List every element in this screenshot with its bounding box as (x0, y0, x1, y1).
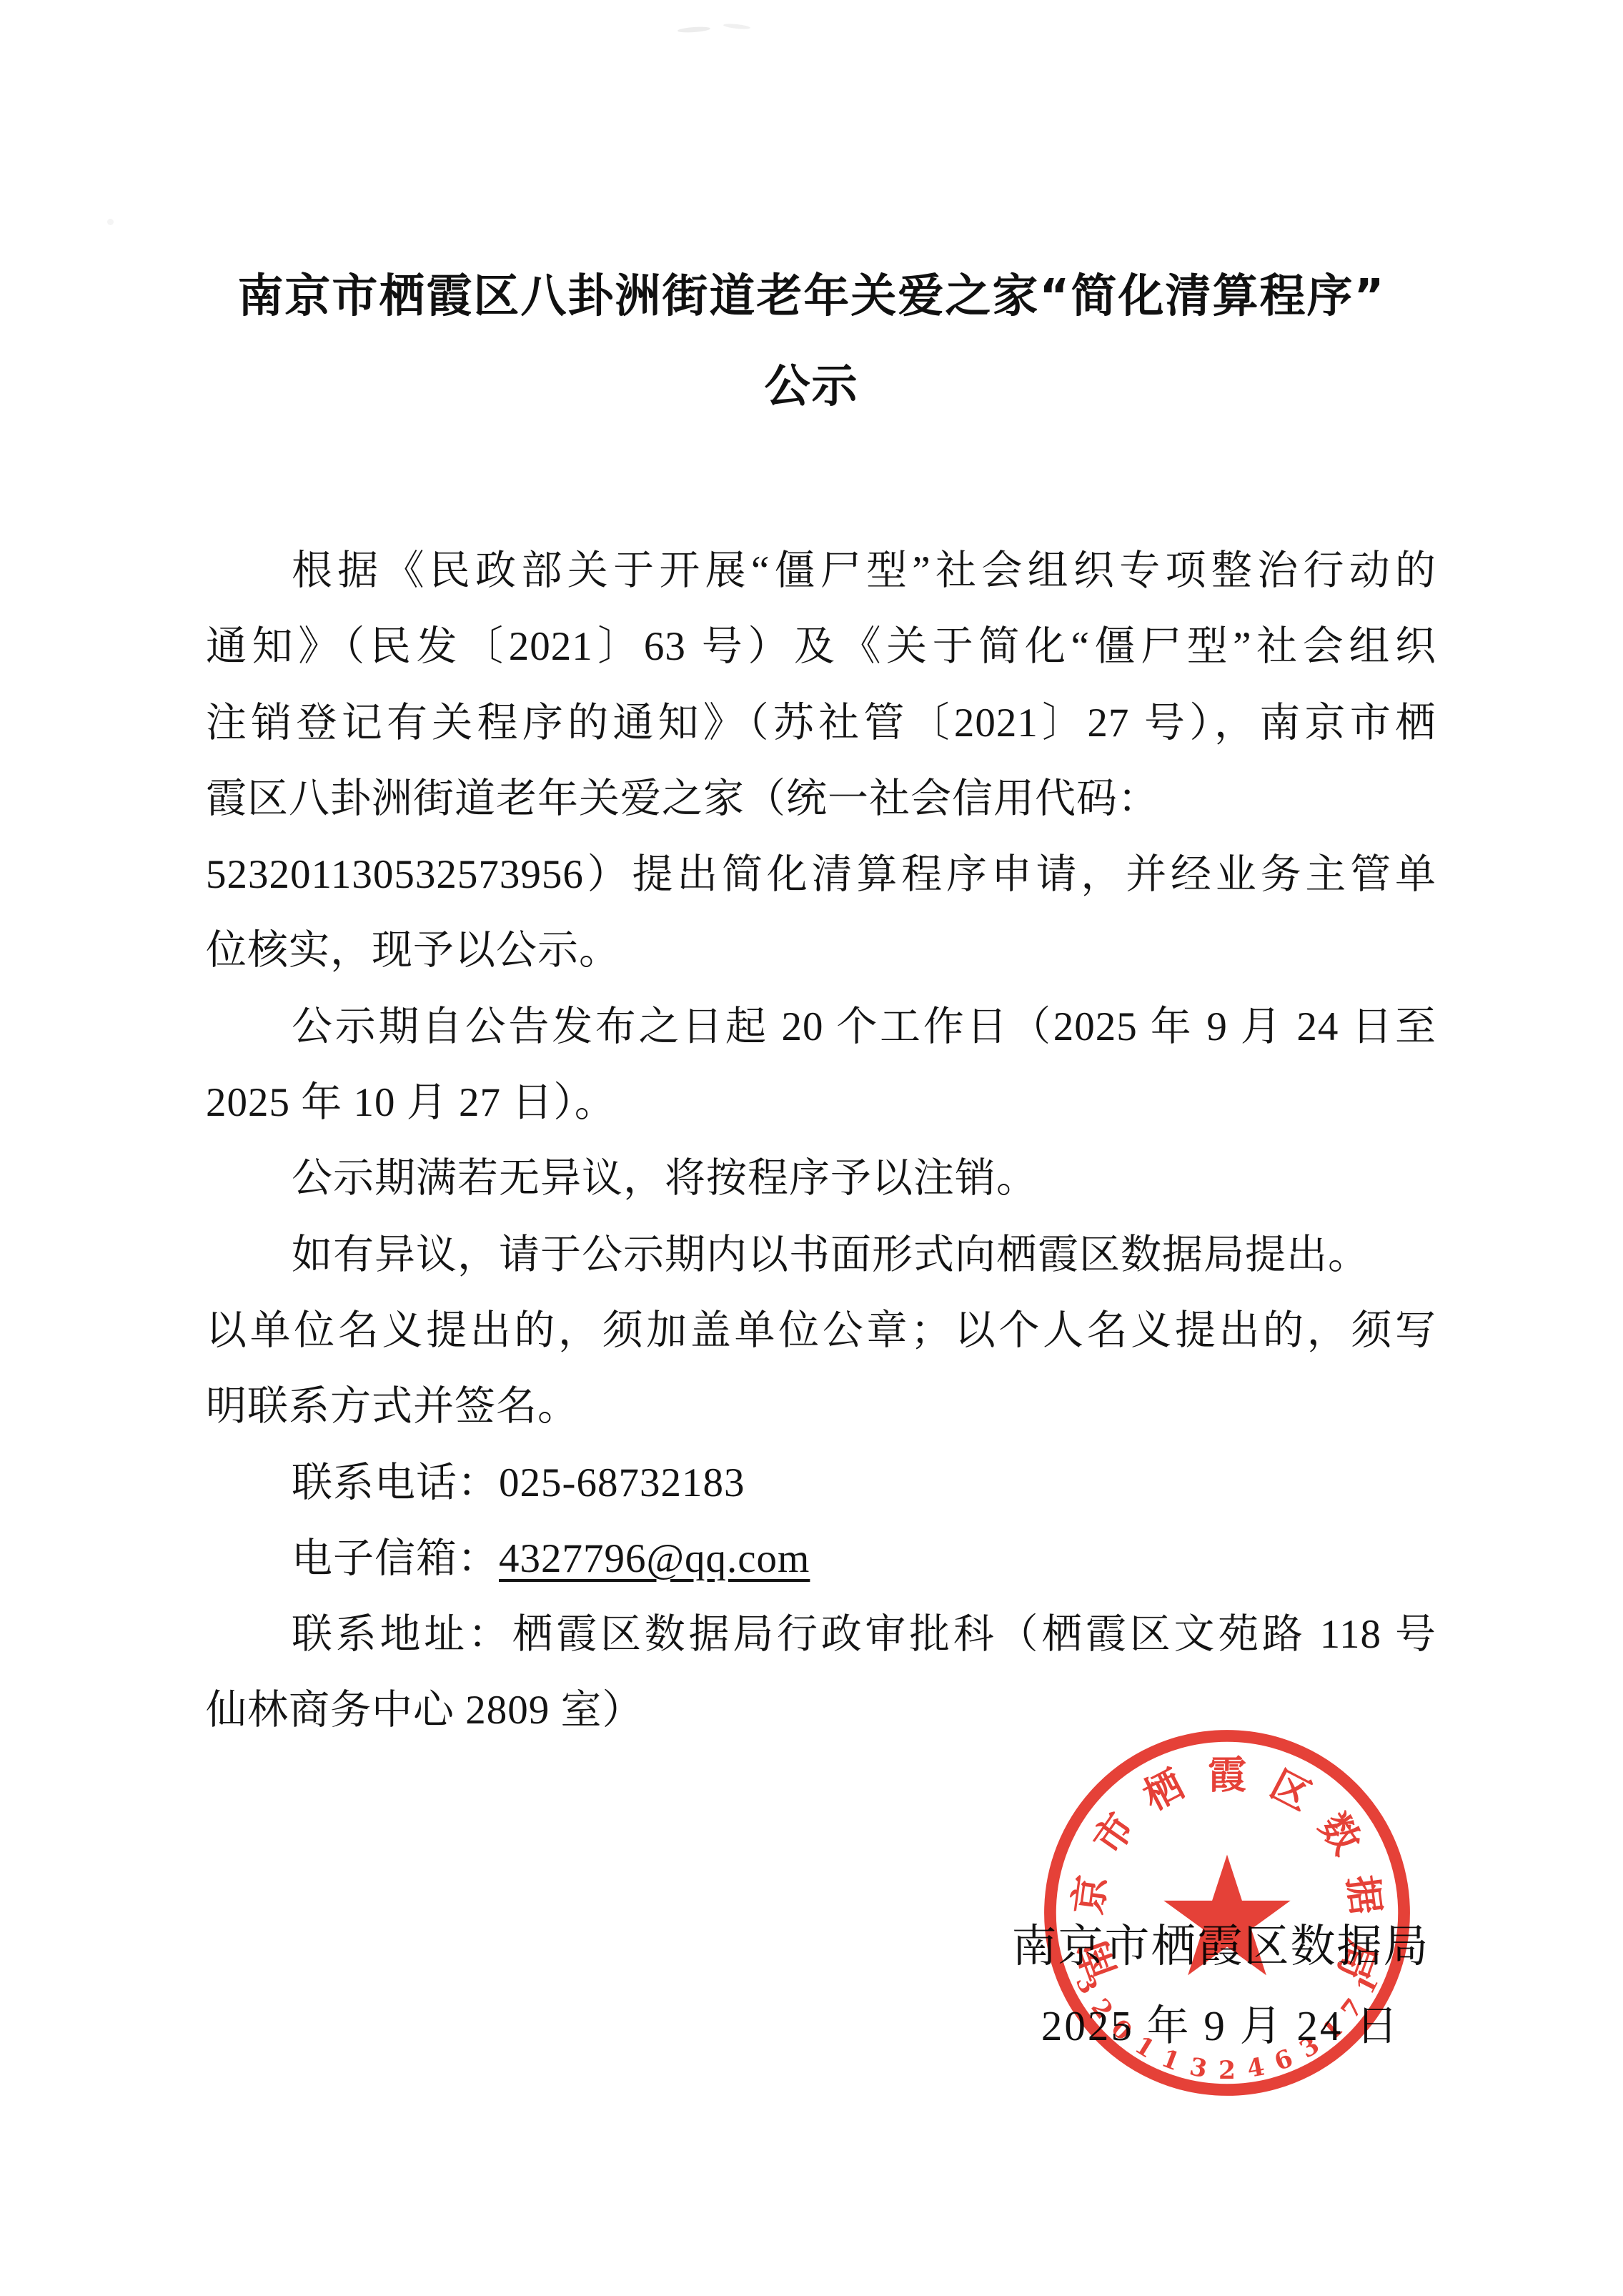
body-line: 523201130532573956）提出简化清算程序申请，并经业务主管单 (206, 837, 1436, 913)
body-line-email: 电子信箱：4327796@qq.com (206, 1521, 1436, 1597)
scan-artifact (107, 219, 114, 225)
seal-char: 数 (1311, 1806, 1369, 1862)
email-label: 电子信箱： (292, 1536, 499, 1581)
body-line: 如有异议，请于公示期内以书面形式向栖霞区数据局提出。 (206, 1217, 1436, 1293)
seal-code-digit: 2 (1219, 2057, 1236, 2085)
email-address: 4327796@qq.com (499, 1536, 810, 1581)
seal-code-digit: 1 (1157, 2044, 1183, 2077)
title-line-1: 南京市栖霞区八卦洲街道老年关爱之家“简化清算程序” (0, 252, 1623, 342)
body-line: 霞区八卦洲街道老年关爱之家（统一社会信用代码： (206, 761, 1436, 837)
body-line: 公示期满若无异议，将按程序予以注销。 (206, 1141, 1436, 1217)
seal-char: 市 (1086, 1806, 1143, 1862)
seal-star (1163, 1854, 1290, 1975)
body-line: 以单位名义提出的，须加盖单位公章；以个人名义提出的，须写 (206, 1293, 1436, 1369)
body-line: 明联系方式并签名。 (206, 1369, 1436, 1445)
seal-char: 京 (1067, 1873, 1115, 1916)
scan-artifact (678, 26, 710, 33)
seal-char: 栖 (1136, 1763, 1191, 1819)
body-line: 根据《民政部关于开展“僵尸型”社会组织专项整治行动的 (206, 533, 1436, 609)
seal-code-digit: 4 (1245, 2052, 1267, 2084)
official-seal: 南 京 市 栖 霞 区 数 据 局 3 2 0 1 1 3 2 (1027, 1713, 1427, 2113)
seal-code: 3 2 0 1 1 3 2 4 6 3 1 7 1 (1070, 1971, 1384, 2085)
title-line-2: 公示 (0, 342, 1623, 432)
seal-char: 霞 (1208, 1753, 1246, 1796)
document-page: 南京市栖霞区八卦洲街道老年关爱之家“简化清算程序” 公示 根据《民政部关于开展“… (0, 0, 1623, 2296)
body-line-phone: 联系电话：025-68732183 (206, 1445, 1436, 1521)
seal-code-digit: 3 (1187, 2052, 1209, 2084)
document-body: 根据《民政部关于开展“僵尸型”社会组织专项整治行动的 通知》（民发〔2021〕6… (206, 533, 1436, 1749)
scan-artifact (723, 23, 750, 30)
body-line: 通知》（民发〔2021〕63 号）及《关于简化“僵尸型”社会组织 (206, 609, 1436, 685)
seal-char: 据 (1340, 1873, 1388, 1916)
seal-code-digit: 6 (1271, 2044, 1297, 2077)
seal-graphic: 南 京 市 栖 霞 区 数 据 局 3 2 0 1 1 3 2 (1027, 1713, 1427, 2113)
seal-char: 区 (1264, 1763, 1318, 1819)
document-title: 南京市栖霞区八卦洲街道老年关爱之家“简化清算程序” 公示 (0, 252, 1623, 432)
body-line-address: 联系地址：栖霞区数据局行政审批科（栖霞区文苑路 118 号 (206, 1597, 1436, 1673)
body-line: 注销登记有关程序的通知》（苏社管〔2021〕27 号），南京市栖 (206, 686, 1436, 761)
body-line: 2025 年 10 月 27 日）。 (206, 1065, 1436, 1141)
body-line: 位核实，现予以公示。 (206, 913, 1436, 989)
body-line: 公示期自公告发布之日起 20 个工作日（2025 年 9 月 24 日至 (206, 989, 1436, 1065)
